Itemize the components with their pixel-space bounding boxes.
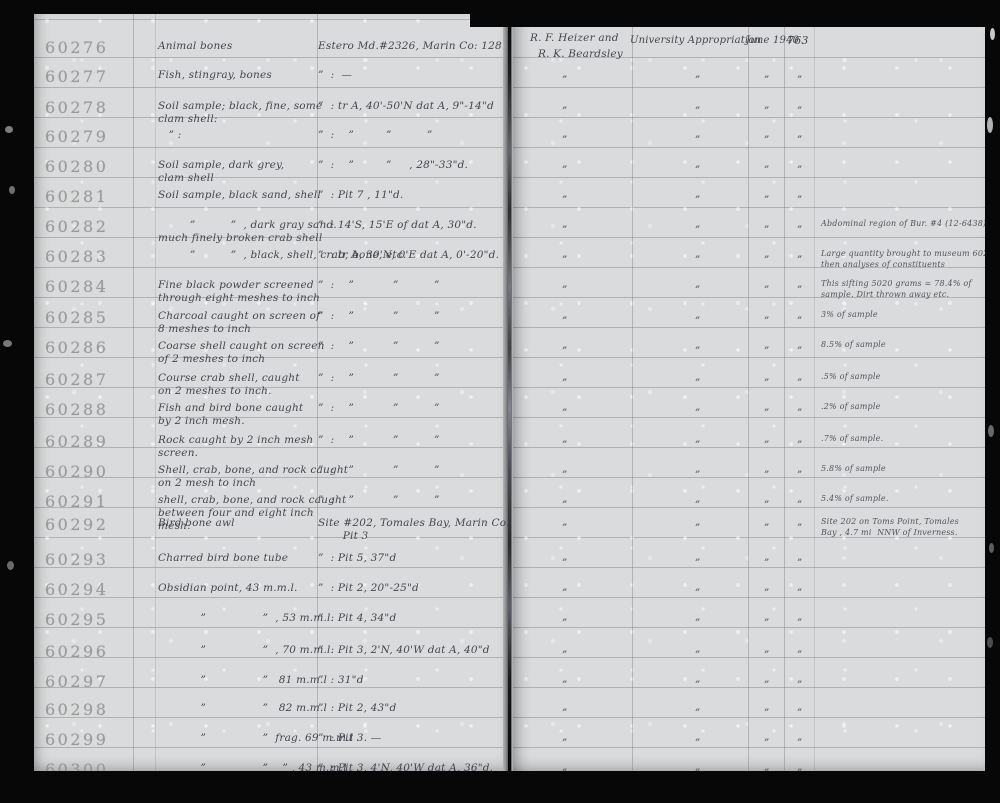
text-line: ” : tr A, 30'N, 0'E dat A, 0'-20"d. <box>318 249 499 262</box>
page-gutter-shadow <box>508 14 511 772</box>
ditto-mark: ” <box>562 650 567 661</box>
edge-artifact <box>988 425 994 437</box>
specimen-number: 60280 <box>45 157 108 176</box>
item-description: Animal bones <box>158 40 232 53</box>
item-description: ” : <box>158 129 181 142</box>
text-line: ” : ” ” ” <box>318 434 440 447</box>
specimen-number: 60287 <box>45 370 108 389</box>
ditto-mark: ” <box>562 378 567 389</box>
remark-note: Abdominal region of Bur. #4 (12-6438) <box>821 219 986 230</box>
text-line: Fish, stingray, bones <box>158 69 272 82</box>
ditto-mark: ” <box>797 470 802 481</box>
specimen-number: 60299 <box>45 730 108 749</box>
ditto-mark: ” <box>797 195 802 206</box>
ditto-mark: ” <box>562 255 567 266</box>
specimen-number: 60284 <box>45 277 108 296</box>
ditto-mark: ” <box>797 378 802 389</box>
ditto-mark: ” <box>797 738 802 749</box>
ditto-mark: ” <box>764 225 769 236</box>
text-line: ” ” , 53 m.m.l. <box>158 612 334 625</box>
specimen-number: 60290 <box>45 462 108 481</box>
ditto-mark: ” <box>797 650 802 661</box>
edge-artifact <box>990 28 995 40</box>
text-line: Pit 3 <box>318 530 510 543</box>
text-line: Charred bird bone tube <box>158 552 288 565</box>
ditto-mark: ” <box>695 523 700 534</box>
ditto-mark: ” <box>562 440 567 451</box>
text-line: ” : <box>158 129 181 142</box>
text-line: .5% of sample <box>821 372 881 383</box>
text-line: ” : Pit 2, 20"-25"d <box>318 582 419 595</box>
locality-entry: ” : ” ” ” <box>318 372 440 385</box>
column-rule-collector <box>632 14 633 772</box>
locality-entry: ” : ” ” ” <box>318 434 440 447</box>
text-line: ” : ” ” ” <box>318 464 440 477</box>
text-line: .2% of sample <box>821 402 881 413</box>
ditto-mark: ” <box>695 680 700 691</box>
ditto-mark: ” <box>695 316 700 327</box>
ditto-mark: ” <box>695 378 700 389</box>
ditto-mark: ” <box>695 618 700 629</box>
text-line: 5.4% of sample. <box>821 494 889 505</box>
text-line: on 2 mesh to inch <box>158 477 348 490</box>
ditto-mark: ” <box>797 500 802 511</box>
text-line: Fine black powder screened <box>158 279 320 292</box>
ditto-mark: ” <box>695 738 700 749</box>
remark-note: This sifting 5020 grams = 78.4% ofsample… <box>821 279 972 300</box>
ditto-mark: ” <box>562 225 567 236</box>
text-line: ” : Pit 4, 34"d <box>318 612 396 625</box>
ditto-mark: ” <box>562 708 567 719</box>
ditto-mark: ” <box>695 195 700 206</box>
locality-entry: ” : ” ” ” <box>318 402 440 415</box>
text-line: ” : ” ” ” <box>318 129 432 142</box>
locality-entry: ” : ” ” ” <box>318 129 432 142</box>
scan-border-bottom <box>0 771 1000 803</box>
text-line: screen. <box>158 447 313 460</box>
ditto-mark: ” <box>695 346 700 357</box>
text-line: Large quantity brought to museum 60283-9… <box>821 249 1000 260</box>
specimen-number: 60297 <box>45 672 108 691</box>
ditto-mark: ” <box>695 708 700 719</box>
specimen-number: 60291 <box>45 492 108 511</box>
text-line: Bird bone awl <box>158 517 235 530</box>
specimen-number: 60277 <box>45 67 108 86</box>
text-line: Soil sample, dark grey, <box>158 159 284 172</box>
ditto-mark: ” <box>695 650 700 661</box>
ditto-mark: ” <box>764 408 769 419</box>
ditto-mark: ” <box>562 408 567 419</box>
ditto-mark: ” <box>764 195 769 206</box>
ditto-mark: ” <box>764 285 769 296</box>
item-description: Soil sample, black sand, shell <box>158 189 321 202</box>
locality-entry: ” : Pit 4, 34"d <box>318 612 396 625</box>
item-description: Soil sample, dark grey,clam shell <box>158 159 284 185</box>
text-line: ” : ” ” ” <box>318 279 440 292</box>
text-line: ” : ” ” ” <box>318 402 440 415</box>
ditto-mark: ” <box>562 588 567 599</box>
ditto-mark: ” <box>695 255 700 266</box>
binding-mark <box>7 561 14 570</box>
locality-entry: ” : ” ” ” <box>318 494 440 507</box>
remark-note: .2% of sample <box>821 402 881 413</box>
text-line: sample. Dirt thrown away etc. <box>821 290 972 301</box>
ditto-mark: ” <box>797 680 802 691</box>
ditto-mark: ” <box>797 165 802 176</box>
ditto-mark: ” <box>764 470 769 481</box>
text-line: ” : Pit 5, 37"d <box>318 552 396 565</box>
remark-note: 5.8% of sample <box>821 464 886 475</box>
text-line: ” : 31"d <box>318 674 364 687</box>
text-line: ” : ” ” ” <box>318 494 440 507</box>
item-description: Fish and bird bone caughtby 2 inch mesh. <box>158 402 303 428</box>
ditto-mark: ” <box>764 523 769 534</box>
ditto-mark: ” <box>797 346 802 357</box>
ditto-mark: ” <box>562 500 567 511</box>
ditto-mark: ” <box>764 75 769 86</box>
ditto-mark: ” <box>695 440 700 451</box>
locality-entry: ” : 31"d <box>318 674 364 687</box>
binding-mark <box>9 186 15 194</box>
ditto-mark: ” <box>695 135 700 146</box>
remark-note: Site 202 on Toms Point, TomalesBay , 4.7… <box>821 517 959 538</box>
ditto-mark: ” <box>764 558 769 569</box>
text-line: ” ” , dark gray sand. <box>158 219 337 232</box>
ditto-mark: ” <box>764 708 769 719</box>
locality-entry: ” : ” ” ” <box>318 310 440 323</box>
locality-entry: ” : ” ” ” <box>318 340 440 353</box>
ditto-mark: ” <box>695 75 700 86</box>
text-line: ” ” 82 m.m.l <box>158 702 327 715</box>
item-description: Soil sample; black, fine, someclam shell… <box>158 100 322 126</box>
column-rule-description <box>317 14 318 772</box>
text-line: clam shell <box>158 172 284 185</box>
text-line: Animal bones <box>158 40 232 53</box>
locality-entry: ” : Pit 2, 43"d <box>318 702 396 715</box>
ditto-mark: ” <box>562 285 567 296</box>
ditto-mark: ” <box>562 618 567 629</box>
item-description: Obsidian point, 43 m.m.l. <box>158 582 298 595</box>
text-line: 8 meshes to inch <box>158 323 320 336</box>
specimen-number: 60298 <box>45 700 108 719</box>
locality-entry: ” : ” ” ” <box>318 279 440 292</box>
text-line: on 2 meshes to inch. <box>158 385 300 398</box>
ditto-mark: ” <box>764 135 769 146</box>
ledger-right-page <box>513 14 985 772</box>
specimen-number: 60288 <box>45 400 108 419</box>
ditto-mark: ” <box>695 470 700 481</box>
ditto-mark: ” <box>562 195 567 206</box>
text-line: much finely broken crab shell <box>158 232 337 245</box>
item-description: Charcoal caught on screen of8 meshes to … <box>158 310 320 336</box>
ditto-mark: ” <box>797 708 802 719</box>
remark-note: Large quantity brought to museum 60283-9… <box>821 249 1000 270</box>
remark-note: .7% of sample. <box>821 434 883 445</box>
ditto-mark: ” <box>562 470 567 481</box>
text-line: ” : tr A, 40'-50'N dat A, 9"-14"d <box>318 100 494 113</box>
specimen-number: 60282 <box>45 217 108 236</box>
item-description: Fine black powder screenedthrough eight … <box>158 279 320 305</box>
text-line: Charcoal caught on screen of <box>158 310 320 323</box>
item-description: Bird bone awl <box>158 517 235 530</box>
ditto-mark: ” <box>764 618 769 629</box>
item-description: Charred bird bone tube <box>158 552 288 565</box>
text-line: by 2 inch mesh. <box>158 415 303 428</box>
locality-entry: Estero Md.#2326, Marin Co: 128 <box>318 40 502 53</box>
text-line: Soil sample; black, fine, some <box>158 100 322 113</box>
locality-entry: ” : ” ” ” <box>318 464 440 477</box>
locality-entry: ” : ” ” , 28"-33"d. <box>318 159 468 172</box>
specimen-number: 60293 <box>45 550 108 569</box>
text-line: Site 202 on Toms Point, Tomales <box>821 517 959 528</box>
locality-entry: ” : Pit 3, 2'N, 40'W dat A, 40"d <box>318 644 490 657</box>
ditto-mark: ” <box>562 523 567 534</box>
ditto-mark: ” <box>695 225 700 236</box>
text-line: ” : ” ” , 28"-33"d. <box>318 159 468 172</box>
specimen-number: 60279 <box>45 127 108 146</box>
item-description: Coarse shell caught on screenof 2 meshes… <box>158 340 325 366</box>
text-line: Coarse shell caught on screen <box>158 340 325 353</box>
ditto-mark: ” <box>797 618 802 629</box>
text-line: 5.8% of sample <box>821 464 886 475</box>
text-line: then analyses of constituents <box>821 260 1000 271</box>
ditto-mark: ” <box>695 165 700 176</box>
ditto-mark: ” <box>695 106 700 117</box>
specimen-number: 60281 <box>45 187 108 206</box>
text-line: ” : — <box>318 69 352 82</box>
ditto-mark: ” <box>797 588 802 599</box>
specimen-number: 60285 <box>45 308 108 327</box>
ditto-mark: ” <box>562 106 567 117</box>
scan-border-left <box>0 0 34 803</box>
specimen-number: 60295 <box>45 610 108 629</box>
text-line: ” : ” ” ” <box>318 310 440 323</box>
text-line: Course crab shell, caught <box>158 372 300 385</box>
text-line: Estero Md.#2326, Marin Co: 128 <box>318 40 502 53</box>
text-line: of 2 meshes to inch <box>158 353 325 366</box>
ditto-mark: ” <box>562 165 567 176</box>
ditto-mark: ” <box>562 738 567 749</box>
ditto-mark: ” <box>797 408 802 419</box>
remark-note: 8.5% of sample <box>821 340 886 351</box>
ditto-mark: ” <box>764 106 769 117</box>
text-line: Fish and bird bone caught <box>158 402 303 415</box>
text-line: 3% of sample <box>821 310 878 321</box>
item-description: Course crab shell, caughton 2 meshes to … <box>158 372 300 398</box>
text-line: through eight meshes to inch <box>158 292 320 305</box>
text-line: ” ” , 70 m.m.l. <box>158 644 334 657</box>
text-line: ” : Pit 3. — <box>318 732 381 745</box>
specimen-number: 60276 <box>45 38 108 57</box>
column-rule-spacer <box>155 14 156 772</box>
item-description: ” ” , dark gray sand.much finely broken … <box>158 219 337 245</box>
text-line: clam shell: <box>158 113 322 126</box>
column-rule-accession <box>814 14 815 772</box>
ditto-mark: ” <box>562 75 567 86</box>
specimen-number: 60294 <box>45 580 108 599</box>
collector-name-line1: R. F. Heizer and <box>530 32 619 44</box>
ditto-mark: ” <box>695 285 700 296</box>
item-description: Rock caught by 2 inch meshscreen. <box>158 434 313 460</box>
column-rule-number <box>133 14 134 772</box>
locality-entry: ” : — <box>318 69 352 82</box>
scan-border-top-step <box>470 0 1000 27</box>
ditto-mark: ” <box>695 408 700 419</box>
text-line: ” : Pit 7 , 11"d. <box>318 189 403 202</box>
item-description: ” ” , 53 m.m.l. <box>158 612 334 625</box>
ditto-mark: ” <box>764 346 769 357</box>
ditto-mark: ” <box>764 440 769 451</box>
binding-mark <box>5 126 13 133</box>
accession-number: 763 <box>787 34 809 47</box>
specimen-number: 60292 <box>45 515 108 534</box>
ditto-mark: ” <box>764 316 769 327</box>
text-line: Obsidian point, 43 m.m.l. <box>158 582 298 595</box>
specimen-number: 60286 <box>45 338 108 357</box>
ditto-mark: ” <box>562 135 567 146</box>
ditto-mark: ” <box>764 255 769 266</box>
locality-entry: Site #202, Tomales Bay, Marin Co: Pit 3 <box>318 517 510 543</box>
ditto-mark: ” <box>695 500 700 511</box>
edge-artifact <box>987 117 993 133</box>
ditto-mark: ” <box>764 738 769 749</box>
ditto-mark: ” <box>562 316 567 327</box>
ditto-mark: ” <box>695 558 700 569</box>
item-description: ” ” 81 m.m.l <box>158 674 327 687</box>
ditto-mark: ” <box>797 316 802 327</box>
remark-note: 5.4% of sample. <box>821 494 889 505</box>
ditto-mark: ” <box>764 588 769 599</box>
text-line: This sifting 5020 grams = 78.4% of <box>821 279 972 290</box>
column-rule-obtained <box>748 14 749 772</box>
text-line: ” : Pit 2, 43"d <box>318 702 396 715</box>
text-line: Site #202, Tomales Bay, Marin Co: <box>318 517 510 530</box>
text-line: Abdominal region of Bur. #4 (12-6438) <box>821 219 986 230</box>
specimen-number: 60278 <box>45 98 108 117</box>
ditto-mark: ” <box>764 680 769 691</box>
column-rule-date <box>784 14 785 772</box>
binding-mark <box>3 340 12 347</box>
edge-artifact <box>989 543 994 553</box>
locality-entry: ” : 14'S, 15'E of dat A, 30"d. <box>318 219 477 232</box>
text-line: ” : ” ” ” <box>318 372 440 385</box>
collector-name-line2: R. K. Beardsley <box>538 48 623 60</box>
specimen-number: 60296 <box>45 642 108 661</box>
ditto-mark: ” <box>764 500 769 511</box>
text-line: ” : 14'S, 15'E of dat A, 30"d. <box>318 219 477 232</box>
text-line: ” ” 81 m.m.l <box>158 674 327 687</box>
ditto-mark: ” <box>562 558 567 569</box>
ditto-mark: ” <box>562 680 567 691</box>
how-obtained-entry: University Appropriation <box>630 35 761 46</box>
text-line: .7% of sample. <box>821 434 883 445</box>
ditto-mark: ” <box>797 440 802 451</box>
specimen-number: 60289 <box>45 432 108 451</box>
item-description: ” ” , 70 m.m.l. <box>158 644 334 657</box>
ditto-mark: ” <box>764 165 769 176</box>
ditto-mark: ” <box>797 225 802 236</box>
text-line: 8.5% of sample <box>821 340 886 351</box>
locality-entry: ” : Pit 3. — <box>318 732 381 745</box>
ditto-mark: ” <box>797 285 802 296</box>
ditto-mark: ” <box>562 346 567 357</box>
text-line: Soil sample, black sand, shell <box>158 189 321 202</box>
locality-entry: ” : tr A, 40'-50'N dat A, 9"-14"d <box>318 100 494 113</box>
locality-entry: ” : Pit 2, 20"-25"d <box>318 582 419 595</box>
locality-entry: ” : Pit 7 , 11"d. <box>318 189 403 202</box>
ditto-mark: ” <box>797 135 802 146</box>
remark-note: .5% of sample <box>821 372 881 383</box>
remark-note: 3% of sample <box>821 310 878 321</box>
locality-entry: ” : Pit 5, 37"d <box>318 552 396 565</box>
item-description: ” ” 82 m.m.l <box>158 702 327 715</box>
ditto-mark: ” <box>764 650 769 661</box>
ditto-mark: ” <box>695 588 700 599</box>
ditto-mark: ” <box>797 75 802 86</box>
locality-entry: ” : tr A, 30'N, 0'E dat A, 0'-20"d. <box>318 249 499 262</box>
text-line: ” : ” ” ” <box>318 340 440 353</box>
ditto-mark: ” <box>797 523 802 534</box>
text-line: ” : Pit 3, 2'N, 40'W dat A, 40"d <box>318 644 490 657</box>
item-description: Fish, stingray, bones <box>158 69 272 82</box>
ditto-mark: ” <box>797 558 802 569</box>
text-line: Rock caught by 2 inch mesh <box>158 434 313 447</box>
edge-artifact <box>987 637 993 648</box>
ditto-mark: ” <box>764 378 769 389</box>
specimen-number: 60283 <box>45 247 108 266</box>
text-line: Bay , 4.7 mi NNW of Inverness. <box>821 528 959 539</box>
ditto-mark: ” <box>797 255 802 266</box>
ditto-mark: ” <box>797 106 802 117</box>
